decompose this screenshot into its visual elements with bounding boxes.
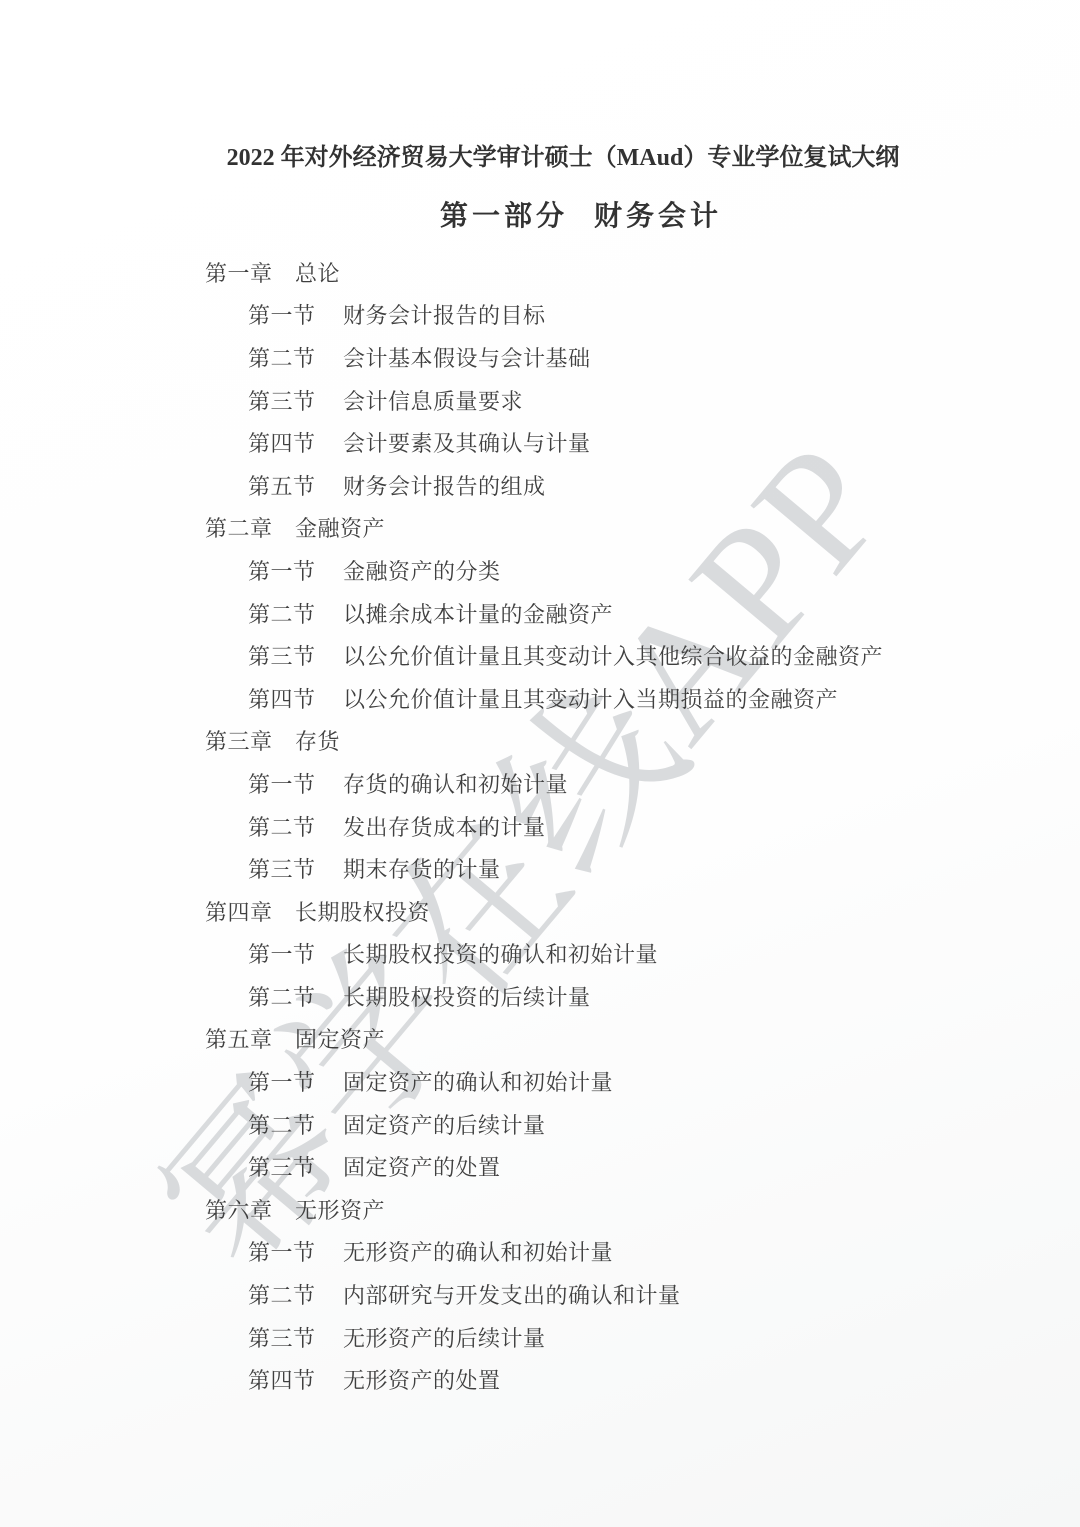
section-title: 无形资产的后续计量 <box>343 1322 546 1353</box>
document-page: 幂学在线APP 2022 年对外经济贸易大学审计硕士（MAud）专业学位复试大纲… <box>0 0 1080 1527</box>
chapter-line: 第一章总论 <box>0 251 1080 294</box>
part-heading: 第一部分财务会计 <box>41 198 1080 236</box>
section-label: 第四节 <box>248 427 343 458</box>
section-label: 第三节 <box>248 853 343 884</box>
section-line: 第一节长期股权投资的确认和初始计量 <box>0 933 1080 976</box>
section-title: 以摊余成本计量的金融资产 <box>343 598 613 629</box>
section-line: 第三节固定资产的处置 <box>0 1145 1080 1188</box>
section-line: 第三节以公允价值计量且其变动计入其他综合收益的金融资产 <box>0 634 1080 677</box>
section-title: 无形资产的确认和初始计量 <box>343 1236 613 1267</box>
section-line: 第一节固定资产的确认和初始计量 <box>0 1060 1080 1103</box>
part-heading-label: 第一部分 <box>440 201 568 232</box>
chapter-label: 第三章 <box>205 725 295 756</box>
section-label: 第二节 <box>248 342 343 373</box>
chapter-line: 第六章无形资产 <box>0 1188 1080 1231</box>
section-label: 第一节 <box>248 938 343 969</box>
section-line: 第二节以摊余成本计量的金融资产 <box>0 592 1080 635</box>
section-line: 第二节长期股权投资的后续计量 <box>0 975 1080 1018</box>
chapter-label: 第四章 <box>205 896 295 927</box>
section-line: 第四节无形资产的处置 <box>0 1358 1080 1401</box>
chapter-label: 第一章 <box>205 257 295 288</box>
section-title: 会计基本假设与会计基础 <box>343 342 591 373</box>
section-label: 第二节 <box>248 981 343 1012</box>
section-title: 内部研究与开发支出的确认和计量 <box>343 1279 681 1310</box>
section-label: 第一节 <box>248 1236 343 1267</box>
section-label: 第三节 <box>248 1151 343 1182</box>
document-content: 2022 年对外经济贸易大学审计硕士（MAud）专业学位复试大纲 第一部分财务会… <box>0 0 1080 1401</box>
section-title: 固定资产的确认和初始计量 <box>343 1066 613 1097</box>
section-title: 以公允价值计量且其变动计入其他综合收益的金融资产 <box>343 640 883 671</box>
section-line: 第四节以公允价值计量且其变动计入当期损益的金融资产 <box>0 677 1080 720</box>
document-title: 2022 年对外经济贸易大学审计硕士（MAud）专业学位复试大纲 <box>23 0 1080 174</box>
section-label: 第三节 <box>248 640 343 671</box>
part-heading-title: 财务会计 <box>594 201 722 232</box>
section-line: 第一节财务会计报告的目标 <box>0 294 1080 337</box>
chapter-title: 固定资产 <box>295 1023 385 1054</box>
outline: 第一章总论第一节财务会计报告的目标第二节会计基本假设与会计基础第三节会计信息质量… <box>0 251 1080 1401</box>
section-title: 会计信息质量要求 <box>343 385 523 416</box>
chapter-title: 长期股权投资 <box>295 896 430 927</box>
section-label: 第三节 <box>248 385 343 416</box>
chapter-label: 第二章 <box>205 512 295 543</box>
chapter-title: 存货 <box>295 725 340 756</box>
section-label: 第一节 <box>248 1066 343 1097</box>
section-title: 财务会计报告的组成 <box>343 470 546 501</box>
section-line: 第三节期末存货的计量 <box>0 847 1080 890</box>
section-title: 财务会计报告的目标 <box>343 299 546 330</box>
chapter-title: 总论 <box>295 257 340 288</box>
section-label: 第一节 <box>248 768 343 799</box>
section-line: 第一节金融资产的分类 <box>0 549 1080 592</box>
section-line: 第四节会计要素及其确认与计量 <box>0 421 1080 464</box>
section-label: 第四节 <box>248 683 343 714</box>
chapter-line: 第五章固定资产 <box>0 1018 1080 1061</box>
section-label: 第四节 <box>248 1364 343 1395</box>
section-line: 第二节固定资产的后续计量 <box>0 1103 1080 1146</box>
section-line: 第一节存货的确认和初始计量 <box>0 762 1080 805</box>
section-label: 第二节 <box>248 811 343 842</box>
chapter-label: 第六章 <box>205 1194 295 1225</box>
section-title: 期末存货的计量 <box>343 853 501 884</box>
section-title: 存货的确认和初始计量 <box>343 768 568 799</box>
section-label: 第三节 <box>248 1322 343 1353</box>
section-title: 会计要素及其确认与计量 <box>343 427 591 458</box>
section-title: 固定资产的后续计量 <box>343 1109 546 1140</box>
section-label: 第五节 <box>248 470 343 501</box>
chapter-line: 第二章金融资产 <box>0 507 1080 550</box>
chapter-label: 第五章 <box>205 1023 295 1054</box>
section-title: 金融资产的分类 <box>343 555 501 586</box>
section-line: 第三节会计信息质量要求 <box>0 379 1080 422</box>
section-label: 第一节 <box>248 555 343 586</box>
section-label: 第一节 <box>248 299 343 330</box>
section-label: 第二节 <box>248 1279 343 1310</box>
section-line: 第三节无形资产的后续计量 <box>0 1316 1080 1359</box>
section-label: 第二节 <box>248 1109 343 1140</box>
section-line: 第五节财务会计报告的组成 <box>0 464 1080 507</box>
section-title: 发出存货成本的计量 <box>343 811 546 842</box>
section-title: 无形资产的处置 <box>343 1364 501 1395</box>
section-title: 长期股权投资的后续计量 <box>343 981 591 1012</box>
section-line: 第二节内部研究与开发支出的确认和计量 <box>0 1273 1080 1316</box>
chapter-line: 第四章长期股权投资 <box>0 890 1080 933</box>
section-title: 长期股权投资的确认和初始计量 <box>343 938 658 969</box>
chapter-title: 金融资产 <box>295 512 385 543</box>
chapter-title: 无形资产 <box>295 1194 385 1225</box>
section-line: 第一节无形资产的确认和初始计量 <box>0 1231 1080 1274</box>
section-title: 固定资产的处置 <box>343 1151 501 1182</box>
section-line: 第二节发出存货成本的计量 <box>0 805 1080 848</box>
section-label: 第二节 <box>248 598 343 629</box>
section-line: 第二节会计基本假设与会计基础 <box>0 336 1080 379</box>
chapter-line: 第三章存货 <box>0 720 1080 763</box>
section-title: 以公允价值计量且其变动计入当期损益的金融资产 <box>343 683 838 714</box>
